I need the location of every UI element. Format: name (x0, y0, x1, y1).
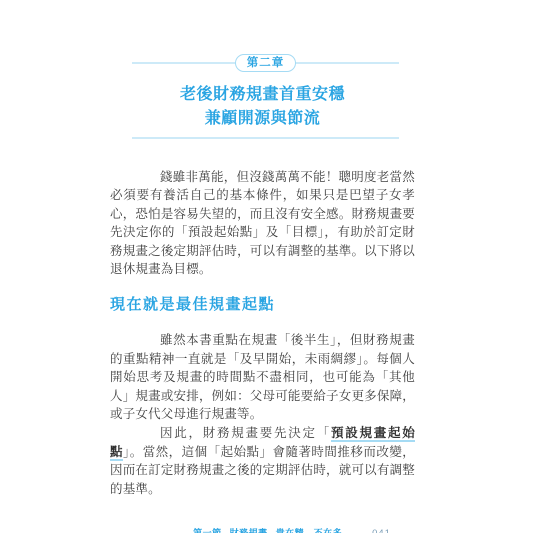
page-content: 第二章 老後財務規畫首重安穩 兼顧開源與節流 錢雖非萬能，但沒錢萬萬不能！聰明度… (110, 0, 415, 533)
page-number: 041 (372, 528, 391, 533)
footer-running-title: 第一節 財務規畫 貴在精、不在多 (193, 526, 342, 533)
chapter-header: 第二章 (132, 53, 399, 72)
paragraph-conclusion-after: 」。當然，這個「起始點」會隨著時間推移而改變，因而在訂定財務規畫之後的定期評估時… (110, 445, 415, 496)
book-page: 第二章 老後財務規畫首重安穩 兼顧開源與節流 錢雖非萬能，但沒錢萬萬不能！聰明度… (0, 0, 533, 533)
footer-section-title: 貴在精、不在多 (276, 526, 343, 533)
page-footer: 第一節 財務規畫 貴在精、不在多 041 (110, 526, 415, 533)
section-heading: 現在就是最佳規畫起點 (110, 296, 415, 314)
paragraph-conclusion: 因此，財務規畫要先決定「預設規畫起始點」。當然，這個「起始點」會隨著時間推移而改… (110, 424, 415, 498)
footer-chapter-name: 財務規畫 (230, 526, 268, 533)
paragraph-planning-start: 雖然本書重點在規畫「後半生」，但財務規畫的重點精神一直就是「及早開始，未雨綢繆」… (110, 331, 415, 424)
footer-section-number: 第一節 (193, 526, 222, 533)
chapter-title-line1: 老後財務規畫首重安穩 (110, 83, 415, 107)
paragraph-intro: 錢雖非萬能，但沒錢萬萬不能！聰明度老當然必須要有養活自己的基本條件，如果只是巴望… (110, 168, 415, 280)
decorative-rule-bottom (132, 137, 399, 139)
chapter-title: 老後財務規畫首重安穩 兼顧開源與節流 (110, 83, 415, 131)
chapter-title-line2: 兼顧開源與節流 (110, 107, 415, 131)
paragraph-conclusion-before: 因此，財務規畫要先決定「 (160, 426, 331, 440)
chapter-badge-label: 第二章 (247, 57, 285, 69)
chapter-badge: 第二章 (235, 54, 297, 72)
